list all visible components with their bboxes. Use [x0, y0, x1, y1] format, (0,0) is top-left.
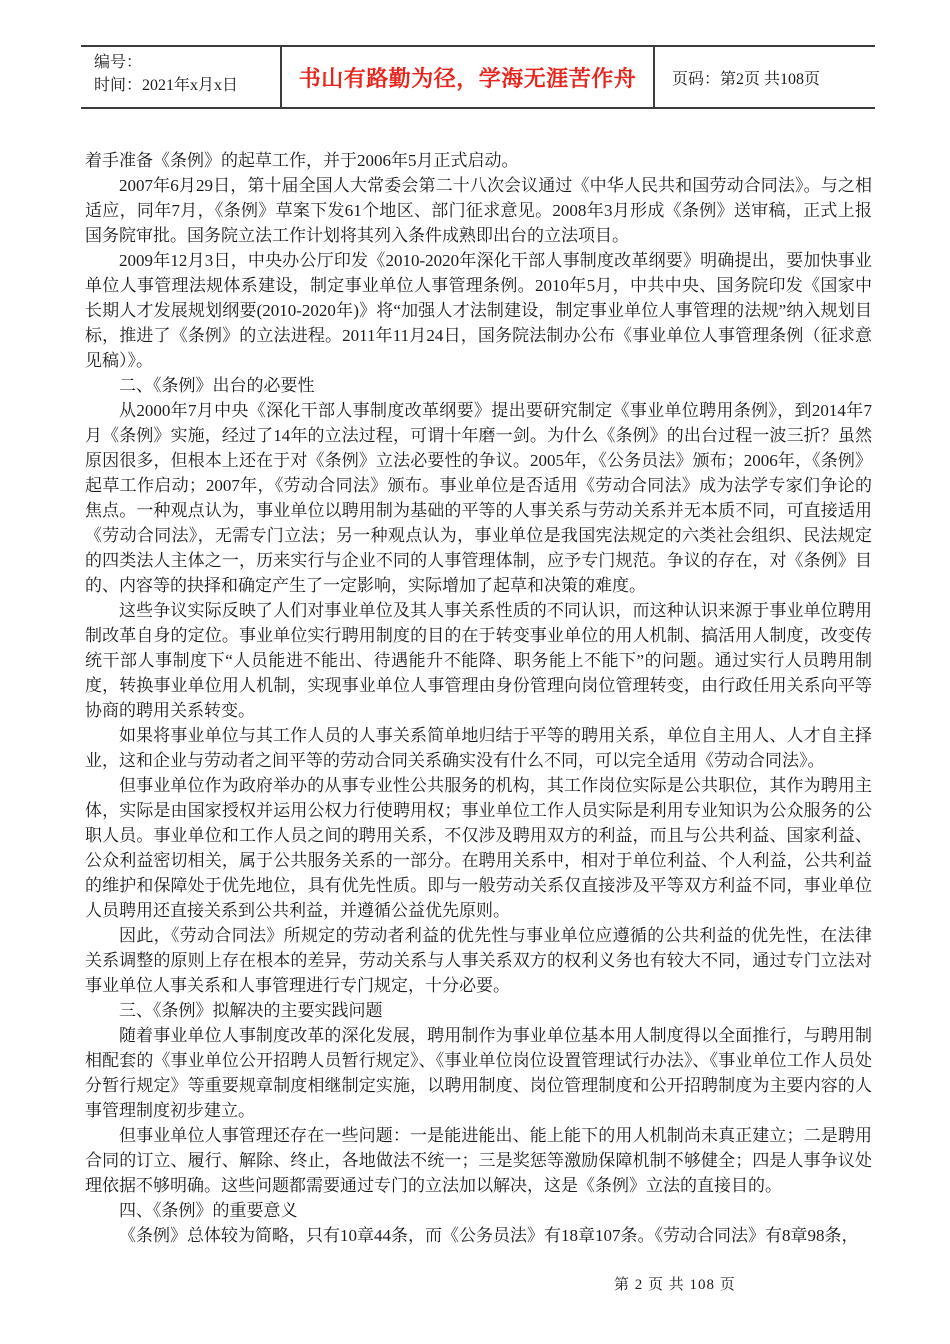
document-body: 着手准备《条例》的起草工作，并于2006年5月正式启动。2007年6月29日，第…: [85, 148, 872, 1248]
section-heading: 四、《条例》的重要意义: [85, 1198, 872, 1223]
paragraph: 因此，《劳动合同法》所规定的劳动者利益的优先性与事业单位应遵循的公共利益的优先性…: [85, 923, 872, 998]
header-left-cell: 编号： 时间：2021年x月x日: [81, 47, 282, 107]
document-date-label: 时间：2021年x月x日: [94, 74, 280, 97]
document-number-label: 编号：: [94, 51, 280, 74]
document-page: 编号： 时间：2021年x月x日 书山有路勤为径，学海无涯苦作舟 页码：第2页 …: [0, 0, 950, 1344]
paragraph: 2009年12月3日，中央办公厅印发《2010-2020年深化干部人事制度改革纲…: [85, 248, 872, 373]
paragraph: 但事业单位作为政府举办的从事专业性公共服务的机构，其工作岗位实际是公共职位，其作…: [85, 773, 872, 923]
section-heading: 二、《条例》出台的必要性: [85, 373, 872, 398]
paragraph: 但事业单位人事管理还存在一些问题：一是能进能出、能上能下的用人机制尚未真正建立；…: [85, 1123, 872, 1198]
paragraph: 这些争议实际反映了人们对事业单位及其人事关系性质的不同认识，而这种认识来源于事业…: [85, 598, 872, 723]
motto-text: 书山有路勤为径，学海无涯苦作舟: [299, 62, 637, 93]
header-page-number: 页码：第2页 共108页: [672, 66, 820, 89]
paragraph: 《条例》总体较为简略，只有10章44条，而《公务员法》有18章107条。《劳动合…: [85, 1223, 872, 1248]
paragraph: 如果将事业单位与其工作人员的人事关系简单地归结于平等的聘用关系，单位自主用人、人…: [85, 723, 872, 773]
paragraph: 着手准备《条例》的起草工作，并于2006年5月正式启动。: [85, 148, 872, 173]
paragraph: 2007年6月29日，第十届全国人大常委会第二十八次会议通过《中华人民共和国劳动…: [85, 173, 872, 248]
paragraph: 从2000年7月中央《深化干部人事制度改革纲要》提出要研究制定《事业单位聘用条例…: [85, 398, 872, 598]
header-table: 编号： 时间：2021年x月x日 书山有路勤为径，学海无涯苦作舟 页码：第2页 …: [81, 45, 875, 109]
paragraph: 随着事业单位人事制度改革的深化发展，聘用制作为事业单位基本用人制度得以全面推行，…: [85, 1023, 872, 1123]
footer-page-indicator: 第 2 页 共 108 页: [614, 1273, 736, 1294]
header-motto-cell: 书山有路勤为径，学海无涯苦作舟: [282, 47, 655, 107]
header-page-cell: 页码：第2页 共108页: [655, 47, 875, 107]
section-heading: 三、《条例》拟解决的主要实践问题: [85, 998, 872, 1023]
